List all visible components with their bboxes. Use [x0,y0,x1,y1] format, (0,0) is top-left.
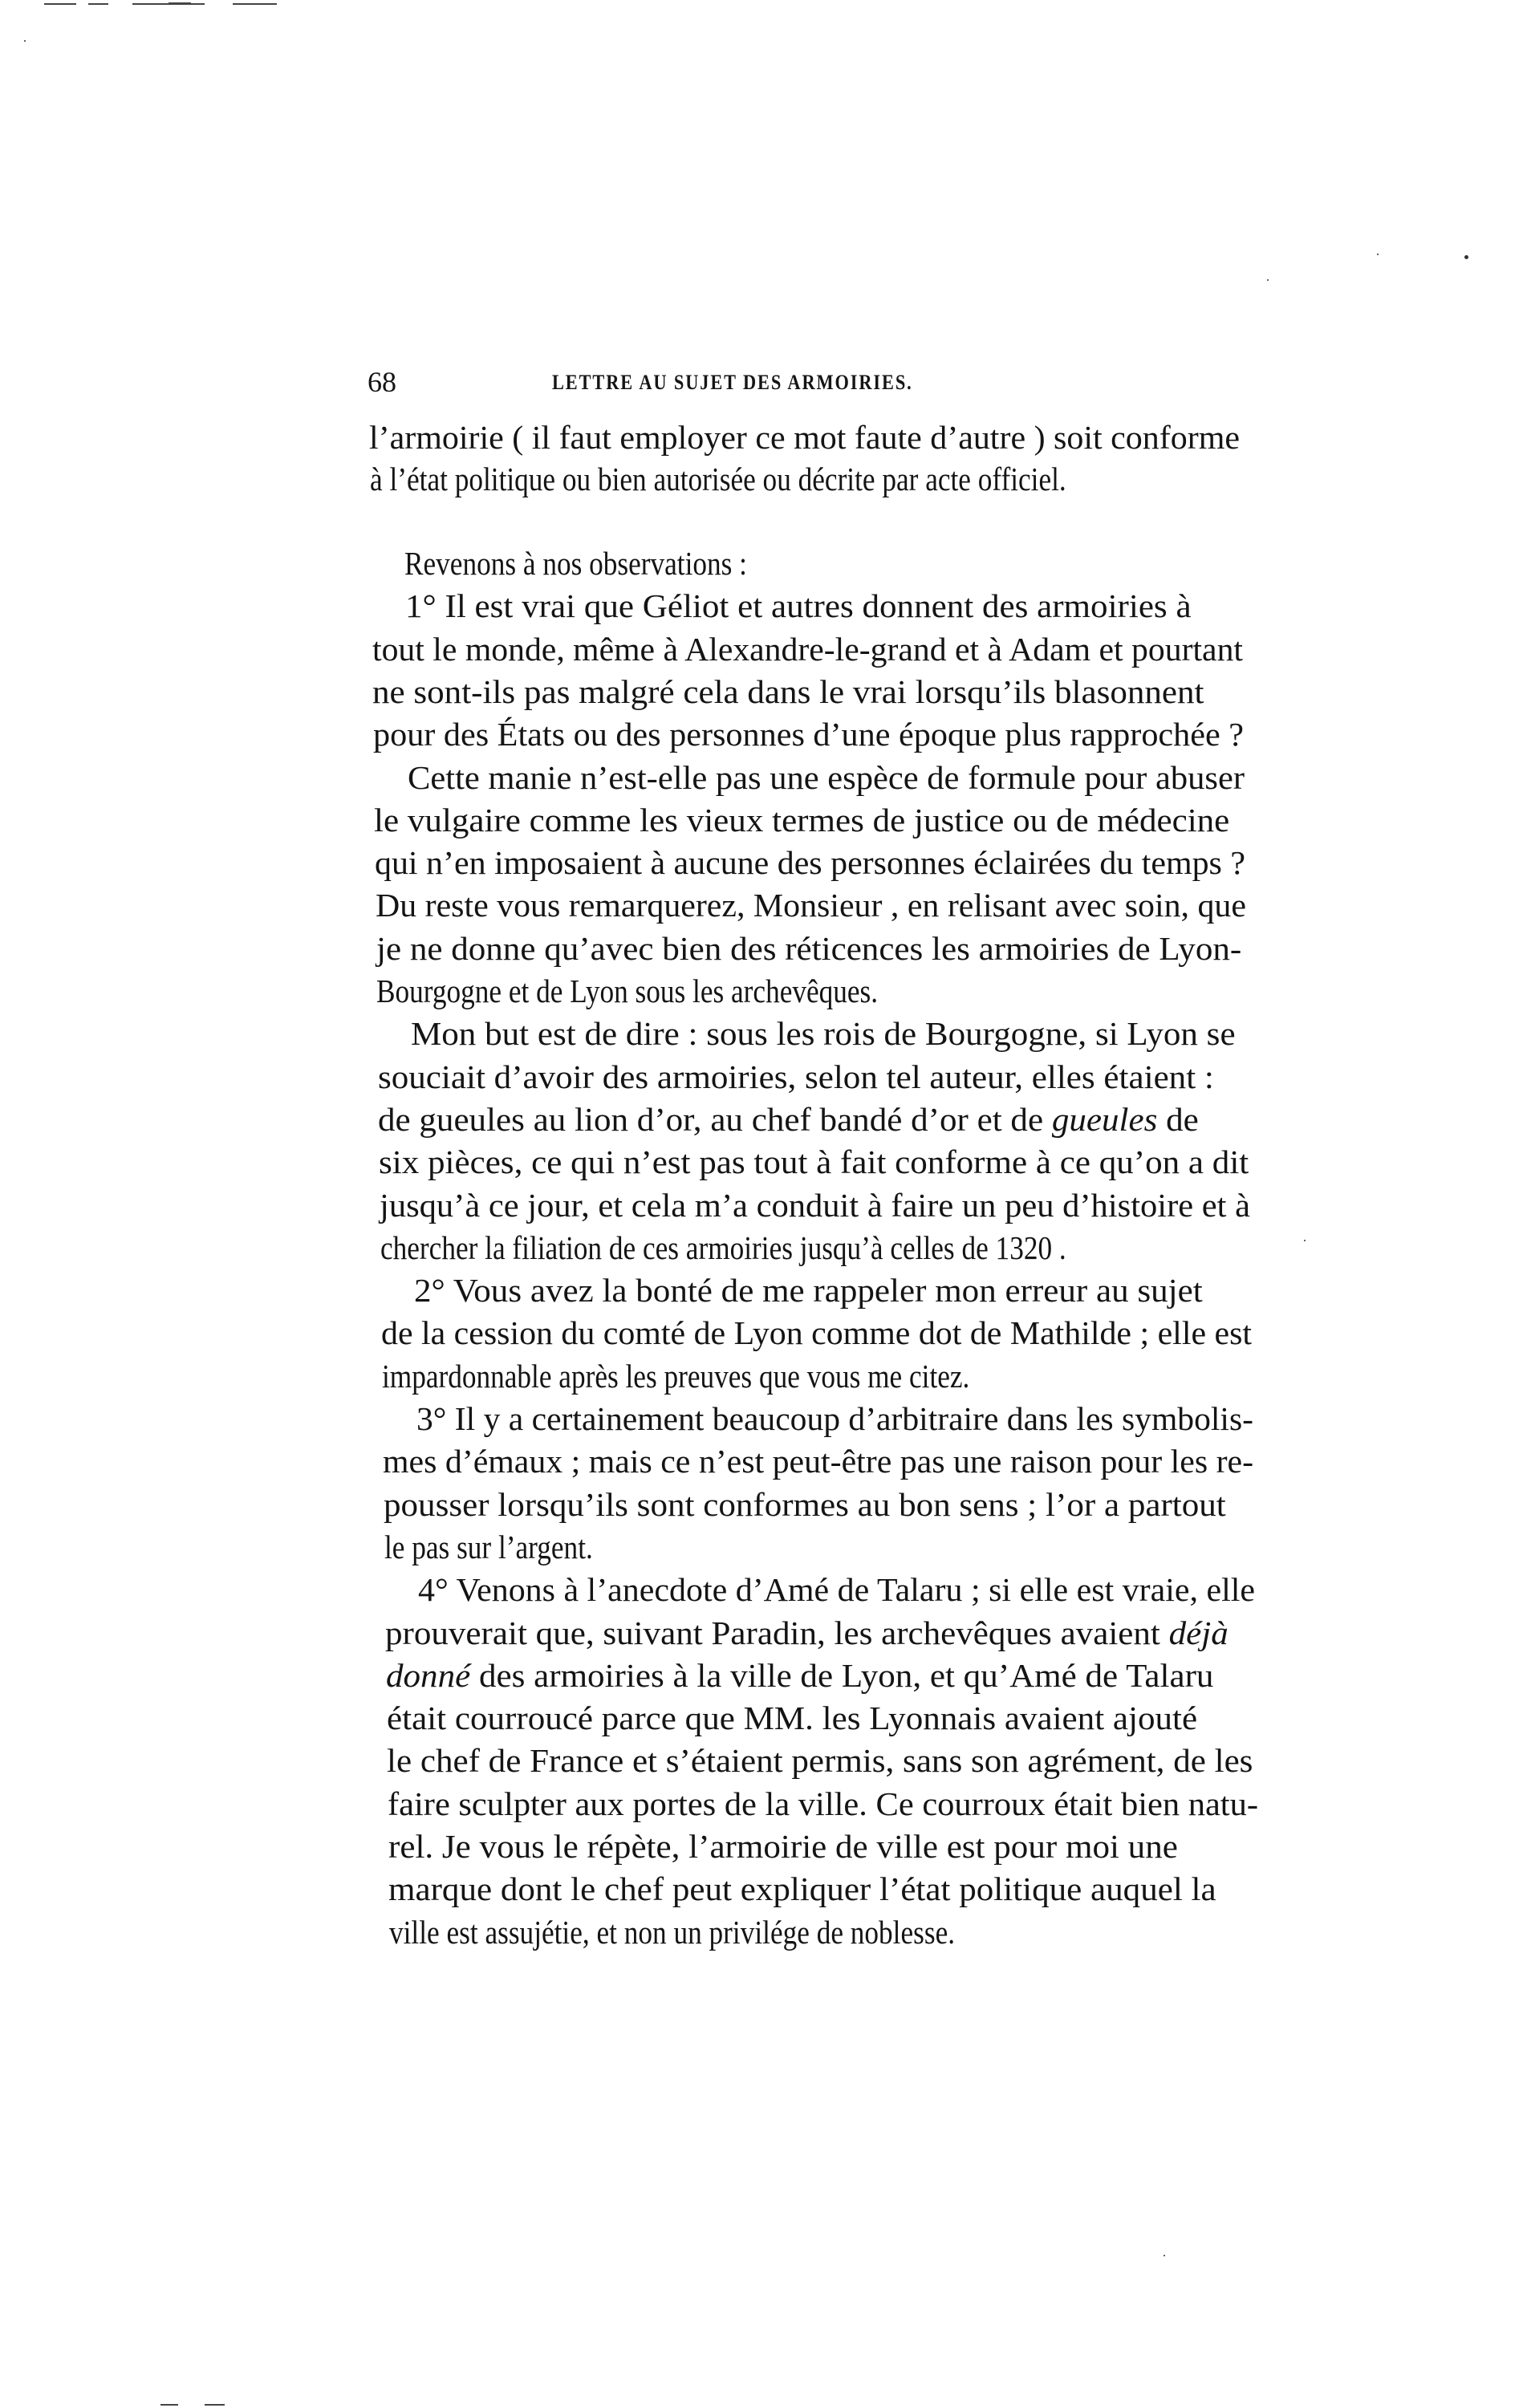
text-line: 4° Venons à l’anecdote d’Amé de Talaru ;… [418,1569,1255,1610]
scan-speck [24,40,26,42]
text-line: mes d’émaux ; mais ce n’est peut-être pa… [383,1441,1253,1481]
line-text: l’armoirie ( il faut employer ce mot fau… [369,417,1240,457]
scan-speck [1304,1240,1306,1241]
scan-artifact-top [233,3,277,5]
text-line: souciait d’avoir des armoiries, selon te… [378,1057,1249,1097]
running-title: LETTRE AU SUJET DES ARMOIRIES. [552,372,835,394]
line-text: de gueules au lion d’or, au chef bandé d… [378,1099,1199,1139]
line-text: le vulgaire comme les vieux termes de ju… [374,800,1229,840]
text-line: tout le monde, même à Alexandre-le-grand… [372,629,1243,669]
text-line: 2° Vous avez la bonté de me rappeler mon… [414,1270,1251,1310]
text-line: 3° Il y a certainement beaucoup d’arbitr… [416,1399,1253,1439]
text-line: impardonnable après les preuves que vous… [382,1356,1253,1396]
line-text-segment: prouverait que, suivant Paradin, les arc… [385,1614,1169,1651]
line-text: chercher la filiation de ces armoiries j… [380,1228,1066,1268]
text-line: ne sont-ils pas malgré cela dans le vrai… [372,672,1243,712]
line-text: 1° Il est vrai que Géliot et autres donn… [405,586,1192,626]
italic-emphasis: gueules [1052,1101,1158,1138]
text-line: chercher la filiation de ces armoiries j… [380,1228,1251,1268]
line-text-segment: des armoiries à la ville de Lyon, et qu’… [470,1657,1213,1694]
scan-artifact-bottom [205,2404,225,2406]
line-text: ville est assujétie, et non un privilége… [389,1912,955,1952]
line-text: pour des États ou des personnes d’une ép… [373,714,1244,754]
page-number: 68 [368,367,396,396]
text-line: Bourgogne et de Lyon sous les archevêque… [376,971,1247,1011]
line-text-segment: de [1158,1101,1199,1138]
line-text: je ne donne qu’avec bien des réticences … [376,928,1241,968]
text-line: pour des États ou des personnes d’une ép… [373,714,1244,754]
line-text: tout le monde, même à Alexandre-le-grand… [372,629,1243,669]
line-text: ne sont-ils pas malgré cela dans le vrai… [372,672,1204,712]
text-line: était courroucé parce que MM. les Lyonna… [387,1698,1257,1738]
text-line: faire sculpter aux portes de la ville. C… [388,1784,1258,1824]
line-text: Du reste vous remarquerez, Monsieur , en… [376,885,1246,925]
text-line: marque dont le chef peut expliquer l’éta… [388,1869,1259,1909]
scan-speck [1464,255,1468,259]
text-line: rel. Je vous le répète, l’armoirie de vi… [388,1826,1259,1866]
text-line: Revenons à nos observations : [404,543,1241,583]
text-line: le chef de France et s’étaient permis, s… [387,1740,1257,1781]
line-text: faire sculpter aux portes de la ville. C… [388,1784,1258,1824]
line-text: donné des armoiries à la ville de Lyon, … [386,1655,1213,1695]
line-text: qui n’en imposaient à aucune des personn… [375,843,1245,883]
line-text: impardonnable après les preuves que vous… [382,1356,969,1396]
text-line: six pièces, ce qui n’est pas tout à fait… [379,1142,1249,1182]
line-text: le pas sur l’argent. [384,1527,593,1567]
text-line: prouverait que, suivant Paradin, les arc… [385,1613,1256,1653]
text-line: à l’état politique ou bien autorisée ou … [370,459,1241,499]
text-line: jusqu’à ce jour, et cela m’a conduit à f… [380,1185,1250,1225]
text-line: pousser lorsqu’ils sont conformes au bon… [384,1484,1254,1525]
line-text: souciait d’avoir des armoiries, selon te… [378,1057,1214,1097]
line-text: Cette manie n’est-elle pas une espèce de… [408,757,1245,798]
text-line: de la cession du comté de Lyon comme dot… [381,1313,1252,1353]
line-text: 2° Vous avez la bonté de me rappeler mon… [414,1270,1203,1310]
text-line: Mon but est de dire : sous les rois de B… [411,1013,1248,1054]
italic-emphasis: déjà [1169,1614,1229,1651]
line-text: rel. Je vous le répète, l’armoirie de vi… [388,1826,1178,1866]
line-text: six pièces, ce qui n’est pas tout à fait… [379,1142,1249,1182]
scan-artifact-top [44,3,76,5]
line-text: jusqu’à ce jour, et cela m’a conduit à f… [380,1185,1250,1225]
line-text: marque dont le chef peut expliquer l’éta… [388,1869,1216,1909]
text-line: Cette manie n’est-elle pas une espèce de… [408,757,1245,798]
line-text: Revenons à nos observations : [404,543,747,583]
italic-emphasis: donné [386,1657,470,1694]
text-line: ville est assujétie, et non un privilége… [389,1912,1260,1952]
line-text: mes d’émaux ; mais ce n’est peut-être pa… [383,1441,1253,1481]
line-text: le chef de France et s’étaient permis, s… [387,1740,1253,1781]
line-text: 3° Il y a certainement beaucoup d’arbitr… [416,1399,1253,1439]
line-text: était courroucé parce que MM. les Lyonna… [387,1698,1197,1738]
scan-artifact-top [169,2,191,5]
scanned-book-page: 68 LETTRE AU SUJET DES ARMOIRIES. l’armo… [0,0,1527,2408]
line-text: pousser lorsqu’ils sont conformes au bon… [384,1484,1226,1525]
scan-artifact-bottom [160,2404,178,2406]
text-line: je ne donne qu’avec bien des réticences … [376,928,1247,968]
text-line: le vulgaire comme les vieux termes de ju… [374,800,1245,840]
line-text: 4° Venons à l’anecdote d’Amé de Talaru ;… [418,1569,1255,1610]
text-line: 1° Il est vrai que Géliot et autres donn… [405,586,1242,626]
line-text: prouverait que, suivant Paradin, les arc… [385,1613,1229,1653]
text-line: Du reste vous remarquerez, Monsieur , en… [376,885,1246,925]
line-text: Mon but est de dire : sous les rois de B… [411,1013,1236,1054]
scan-speck [1377,254,1379,255]
scan-speck [1267,279,1269,281]
text-line: de gueules au lion d’or, au chef bandé d… [378,1099,1249,1139]
line-text-segment: de gueules au lion d’or, au chef bandé d… [378,1101,1052,1138]
text-line: qui n’en imposaient à aucune des personn… [375,843,1245,883]
line-text: à l’état politique ou bien autorisée ou … [370,459,1066,499]
line-text: Bourgogne et de Lyon sous les archevêque… [376,971,878,1011]
text-line: le pas sur l’argent. [384,1527,1255,1567]
scan-speck [1164,2255,1165,2256]
scan-artifact-top [88,3,108,5]
line-text: de la cession du comté de Lyon comme dot… [381,1313,1252,1353]
text-line: l’armoirie ( il faut employer ce mot fau… [369,417,1240,457]
text-line: donné des armoiries à la ville de Lyon, … [386,1655,1257,1695]
